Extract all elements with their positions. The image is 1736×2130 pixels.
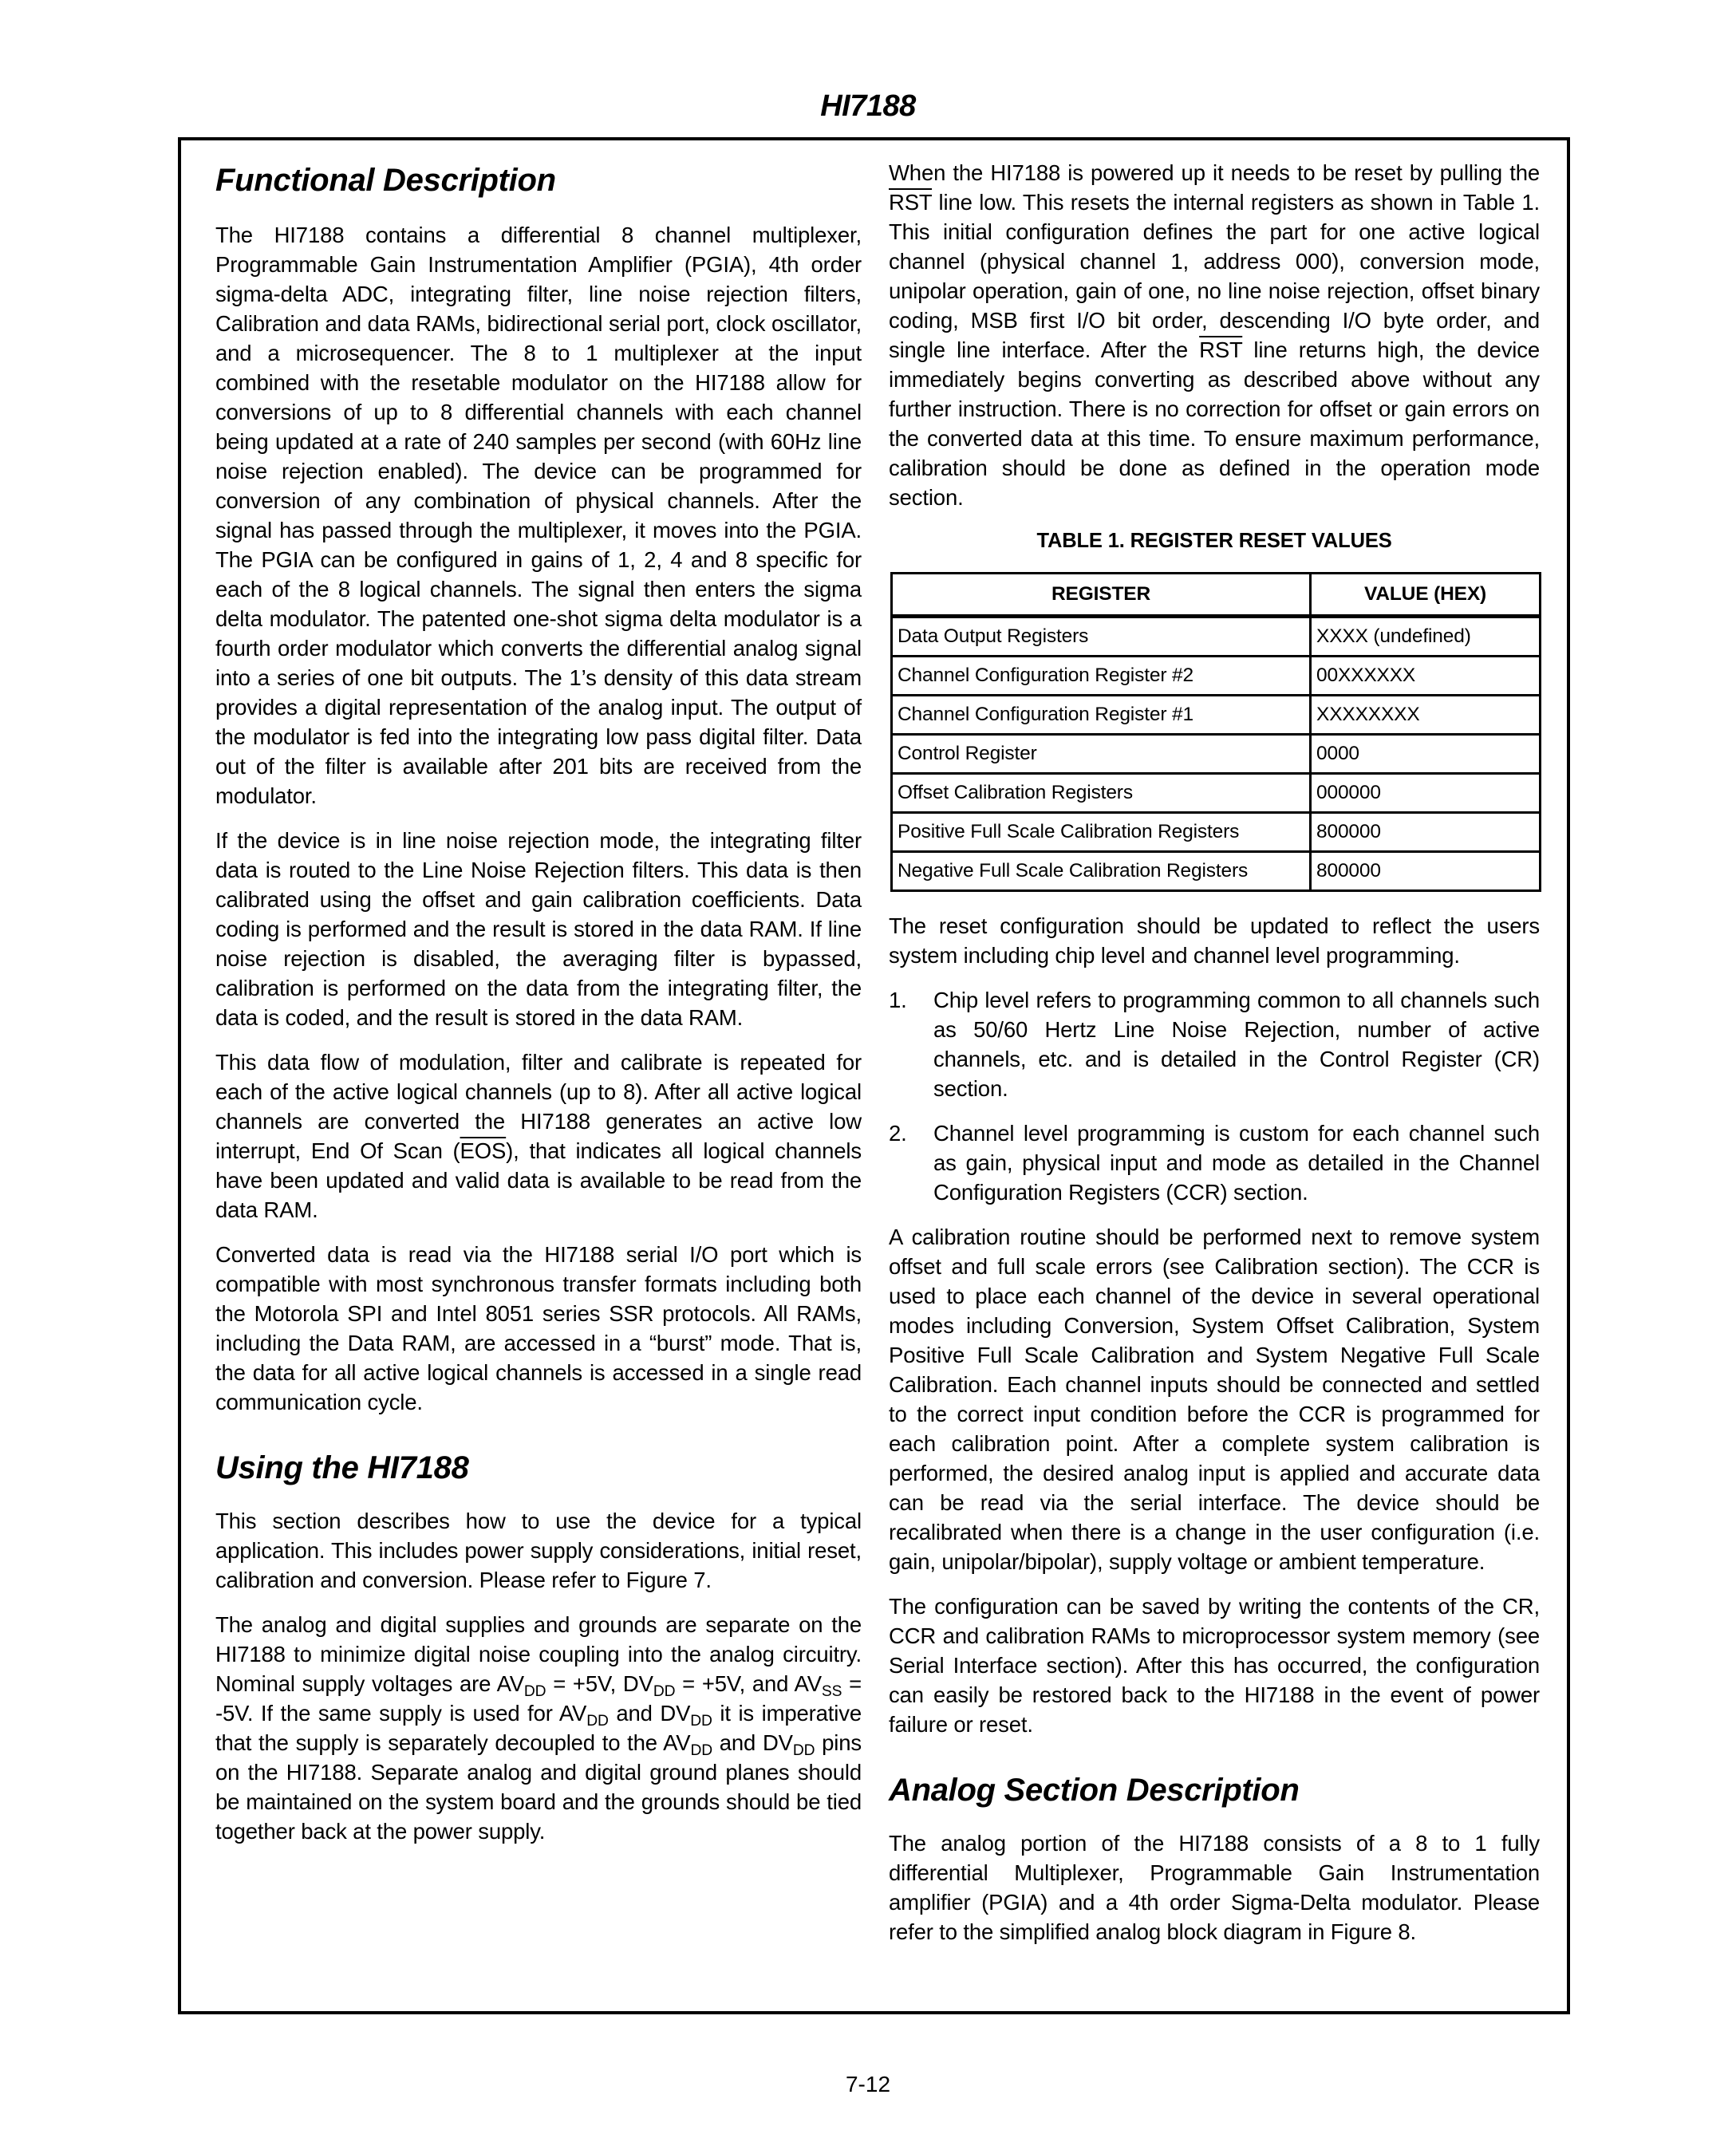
table-caption: TABLE 1. REGISTER RESET VALUES <box>889 527 1540 554</box>
page-header-title: HI7188 <box>0 89 1736 124</box>
register-name: Channel Configuration Register #1 <box>892 696 1311 735</box>
register-value: XXXXXXXX <box>1311 696 1541 735</box>
list-item: 2.Channel level programming is custom fo… <box>889 1118 1540 1207</box>
rst-signal: RST <box>889 190 932 215</box>
programming-levels-list: 1.Chip level refers to programming commo… <box>889 985 1540 1207</box>
left-column: Functional Description The HI7188 contai… <box>215 158 862 1861</box>
register-value: 800000 <box>1311 852 1541 891</box>
paragraph-reset: When the HI7188 is powered up it needs t… <box>889 158 1540 512</box>
column-header-value: VALUE (HEX) <box>1311 574 1541 617</box>
paragraph-power-supplies: The analog and digital supplies and grou… <box>215 1610 862 1846</box>
list-number: 2. <box>889 1118 907 1148</box>
register-value: 00XXXXXX <box>1311 657 1541 696</box>
page-number: 7-12 <box>0 2072 1736 2097</box>
table-row: Channel Configuration Register #1XXXXXXX… <box>892 696 1541 735</box>
paragraph-functional-overview: The HI7188 contains a differential 8 cha… <box>215 220 862 811</box>
eos-signal: EOS <box>460 1138 507 1163</box>
heading-analog-section: Analog Section Description <box>889 1769 1540 1811</box>
paragraph-analog-overview: The analog portion of the HI7188 consist… <box>889 1828 1540 1947</box>
heading-functional-description: Functional Description <box>215 160 862 201</box>
table-row: Negative Full Scale Calibration Register… <box>892 852 1541 891</box>
paragraph-data-flow: This data flow of modulation, filter and… <box>215 1047 862 1225</box>
table-row: Control Register0000 <box>892 735 1541 774</box>
list-text: Chip level refers to programming common … <box>933 988 1540 1101</box>
paragraph-save-config: The configuration can be saved by writin… <box>889 1592 1540 1739</box>
register-name: Control Register <box>892 735 1311 774</box>
register-value: 800000 <box>1311 813 1541 852</box>
list-number: 1. <box>889 985 907 1015</box>
table-row: Channel Configuration Register #200XXXXX… <box>892 657 1541 696</box>
paragraph-reset-config: The reset configuration should be update… <box>889 911 1540 970</box>
register-value: 000000 <box>1311 774 1541 813</box>
list-text: Channel level programming is custom for … <box>933 1121 1540 1205</box>
register-reset-table: REGISTER VALUE (HEX) Data Output Registe… <box>890 572 1541 892</box>
table-row: Offset Calibration Registers000000 <box>892 774 1541 813</box>
table-row: Data Output RegistersXXXX (undefined) <box>892 617 1541 657</box>
register-name: Offset Calibration Registers <box>892 774 1311 813</box>
heading-using-hi7188: Using the HI7188 <box>215 1447 862 1489</box>
paragraph-serial-io: Converted data is read via the HI7188 se… <box>215 1240 862 1417</box>
register-name: Data Output Registers <box>892 617 1311 657</box>
paragraph-using-intro: This section describes how to use the de… <box>215 1506 862 1595</box>
paragraph-line-noise-mode: If the device is in line noise rejection… <box>215 826 862 1032</box>
register-name: Negative Full Scale Calibration Register… <box>892 852 1311 891</box>
register-name: Channel Configuration Register #2 <box>892 657 1311 696</box>
table-row: Positive Full Scale Calibration Register… <box>892 813 1541 852</box>
table-header-row: REGISTER VALUE (HEX) <box>892 574 1541 617</box>
paragraph-calibration: A calibration routine should be performe… <box>889 1222 1540 1576</box>
rst-signal: RST <box>1199 337 1242 362</box>
register-name: Positive Full Scale Calibration Register… <box>892 813 1311 852</box>
list-item: 1.Chip level refers to programming commo… <box>889 985 1540 1103</box>
right-column: When the HI7188 is powered up it needs t… <box>889 158 1540 1962</box>
column-header-register: REGISTER <box>892 574 1311 617</box>
register-value: XXXX (undefined) <box>1311 617 1541 657</box>
register-value: 0000 <box>1311 735 1541 774</box>
